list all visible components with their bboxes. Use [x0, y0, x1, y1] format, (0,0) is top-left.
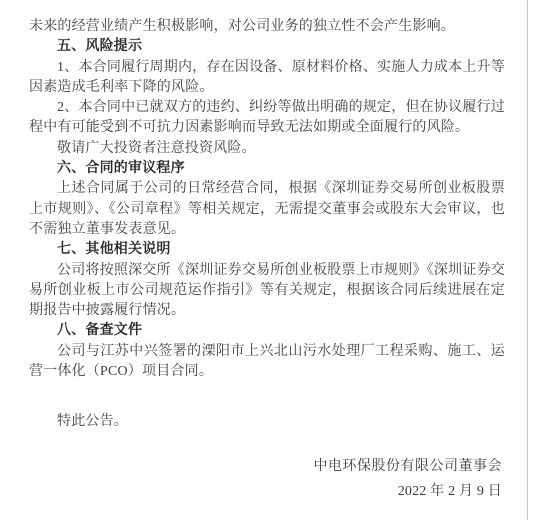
section-heading-risk-notice: 五、风险提示	[29, 37, 505, 57]
announcement-document-page: 未来的经营业绩产生积极影响，对公司业务的独立性不会产生影响。 五、风险提示 1、…	[0, 0, 534, 520]
paragraph: 2、本合同中已就双方的违约、纠纷等做出明确的规定，但在协议履行过程中有可能受到不…	[29, 98, 505, 139]
signature-block: 中电环保股份有限公司董事会 2022 年 2 月 9 日	[29, 454, 505, 504]
paragraph: 上述合同属于公司的日常经营合同，根据《深圳证券交易所创业板股票上市规则》、《公司…	[29, 179, 505, 240]
paragraph: 1、本合同履行周期内，存在因设备、原材料价格、实施人力成本上升等因素造成毛利率下…	[29, 58, 505, 99]
signature-company-line: 中电环保股份有限公司董事会	[29, 454, 502, 479]
closing-line: 特此公告。	[29, 412, 505, 432]
page-right-border-line	[527, 0, 528, 520]
paragraph: 公司与江苏中兴签署的溧阳市上兴北山污水处理厂工程采购、施工、运营一体化（PCO）…	[29, 342, 505, 383]
section-heading-review-procedure: 六、合同的审议程序	[29, 159, 505, 179]
paragraph: 敬请广大投资者注意投资风险。	[29, 139, 505, 159]
document-body: 未来的经营业绩产生积极影响，对公司业务的独立性不会产生影响。 五、风险提示 1、…	[29, 17, 505, 504]
intro-continuation-line: 未来的经营业绩产生积极影响，对公司业务的独立性不会产生影响。	[29, 17, 505, 37]
paragraph: 公司将按照深交所《深圳证券交易所创业板股票上市规则》《深圳证券交易所创业板上市公…	[29, 261, 505, 322]
signature-date-line: 2022 年 2 月 9 日	[29, 479, 502, 504]
section-heading-other-notes: 七、其他相关说明	[29, 240, 505, 260]
section-heading-reference-documents: 八、备查文件	[29, 321, 505, 341]
